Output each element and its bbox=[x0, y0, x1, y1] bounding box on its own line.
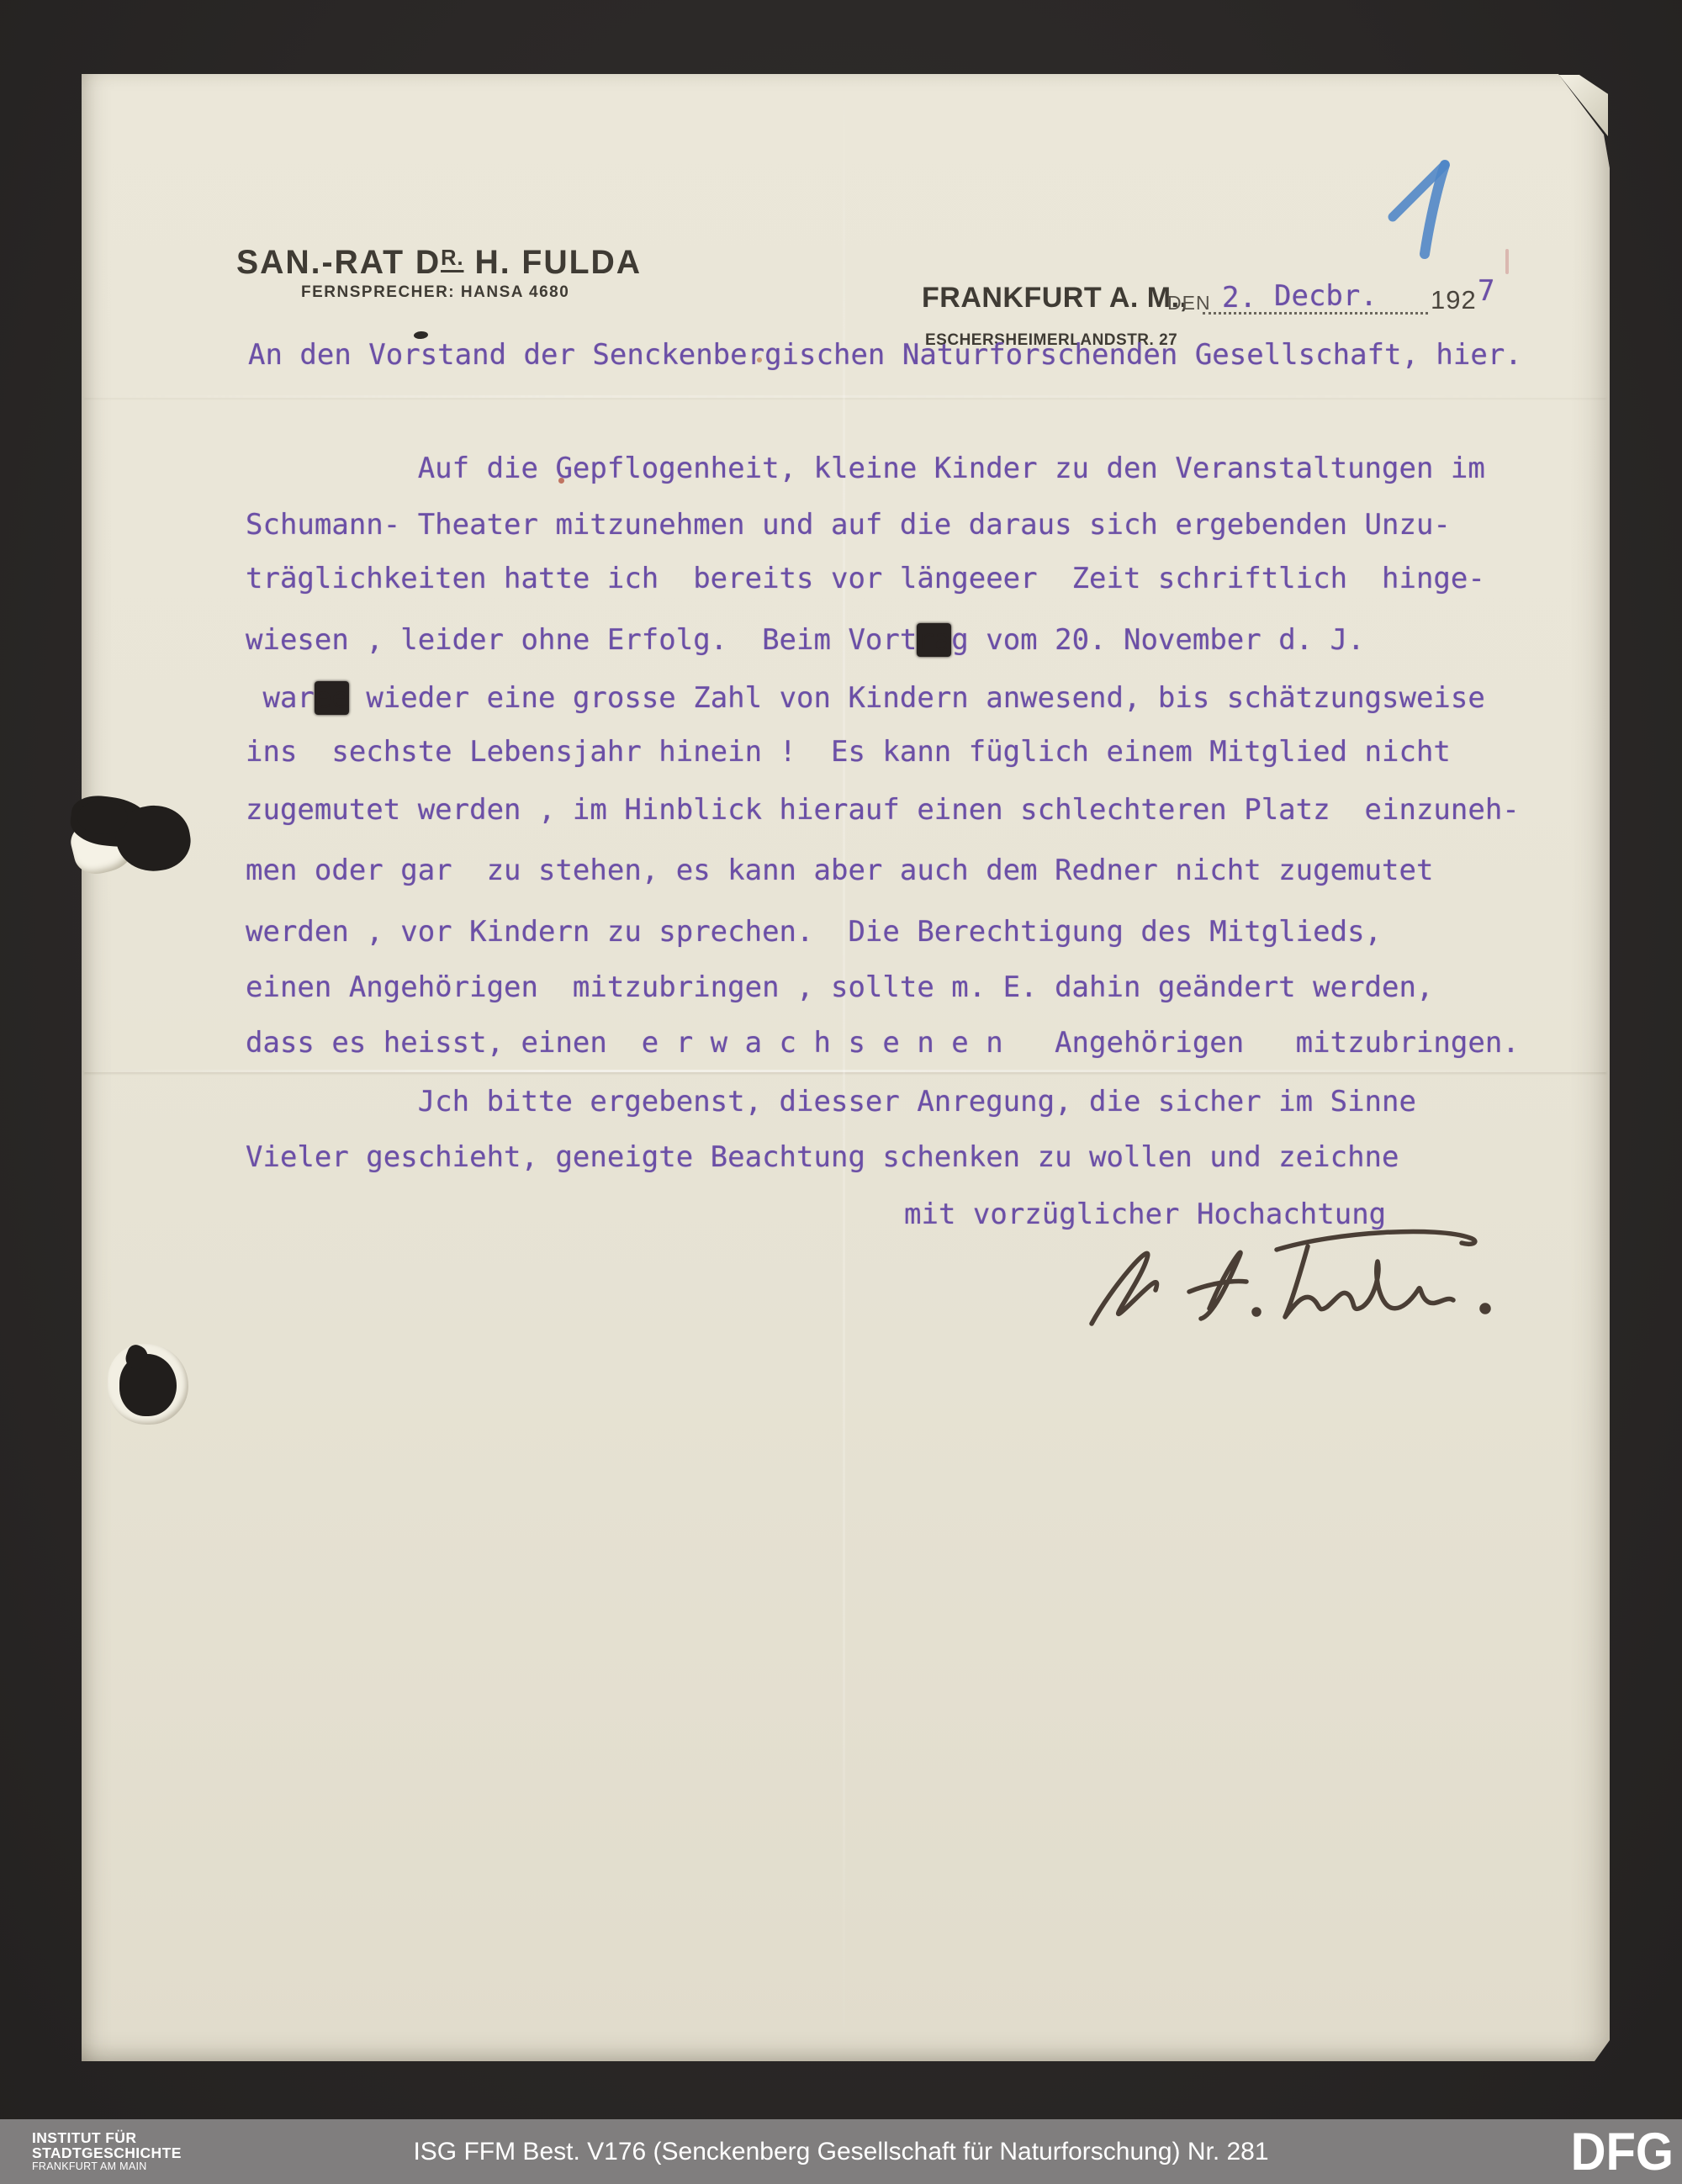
ink-blot: ee bbox=[315, 681, 349, 715]
typed-line: waree wieder eine grosse Zahl von Kinder… bbox=[246, 681, 1485, 715]
signature-handwriting bbox=[1068, 1221, 1522, 1347]
typed-line: men oder gar zu stehen, es kann aber auc… bbox=[246, 854, 1433, 887]
letterhead-name-superscript: R. bbox=[441, 245, 463, 272]
typed-year-digit: 7 bbox=[1478, 274, 1494, 308]
letterhead-name: SAN.-RAT DR. H. FULDA bbox=[236, 244, 642, 282]
typed-line: Vieler geschieht, geneigte Beachtung sch… bbox=[246, 1140, 1399, 1174]
institute-line3: FRANKFURT AM MAIN bbox=[32, 2161, 182, 2172]
letter-document bbox=[82, 74, 1610, 2061]
line-text: g vom 20. November d. J. bbox=[951, 623, 1364, 657]
torn-hole bbox=[77, 801, 128, 834]
line-text: war bbox=[246, 681, 315, 715]
line-text: zugemutet werden , im Hinblick hierauf e… bbox=[246, 793, 1520, 827]
line-text: Schumann- Theater mitzunehmen und auf di… bbox=[246, 508, 1451, 542]
letterhead-phone: FERNSPRECHER: HANSA 4680 bbox=[301, 283, 569, 302]
handwritten-page-number: 1 bbox=[1378, 150, 1478, 267]
archive-caption-bar: INSTITUT FÜR STADTGESCHICHTE FRANKFURT A… bbox=[0, 2119, 1682, 2184]
line-text: träglichkeiten hatte ich bereits vor län… bbox=[246, 562, 1485, 595]
recipient-line: An den Vorstand der Senckenbergischen Na… bbox=[248, 338, 1522, 372]
archive-scan-viewer: 1 SAN.-RAT DR. H. FULDA FERNSPRECHER: HA… bbox=[0, 0, 1682, 2184]
fold-crease bbox=[84, 1070, 1606, 1072]
typed-line: träglichkeiten hatte ich bereits vor län… bbox=[246, 562, 1485, 595]
line-text: Auf die Gepflogenheit, kleine Kinder zu … bbox=[246, 452, 1485, 485]
typed-date-month: Decbr. bbox=[1274, 279, 1378, 313]
fold-crease bbox=[84, 395, 1606, 398]
line-text: einen Angehörigen mitzubringen , sollte … bbox=[246, 970, 1433, 1004]
archive-reference-caption: ISG FFM Best. V176 (Senckenberg Gesellsc… bbox=[413, 2138, 1268, 2166]
typed-date-day: 2. bbox=[1222, 281, 1256, 315]
line-text: Vieler geschieht, geneigte Beachtung sch… bbox=[246, 1140, 1399, 1174]
typed-line: ins sechste Lebensjahr hinein ! Es kann … bbox=[246, 735, 1451, 769]
fold-crease bbox=[843, 77, 845, 2059]
typed-line: Jch bitte ergebenst, diesser Anregung, d… bbox=[246, 1085, 1416, 1118]
letterhead-name-pre: SAN.-RAT D bbox=[236, 244, 441, 281]
date-line-city: FRANKFURT A. M., bbox=[922, 282, 1187, 315]
typed-line: einen Angehörigen mitzubringen , sollte … bbox=[246, 970, 1433, 1004]
line-text: wiesen , leider ohne Erfolg. Beim Vort bbox=[246, 623, 917, 657]
line-text: Jch bitte ergebenst, diesser Anregung, d… bbox=[246, 1085, 1416, 1118]
typed-line: zugemutet werden , im Hinblick hierauf e… bbox=[246, 793, 1520, 827]
letterhead-name-post: H. FULDA bbox=[464, 244, 642, 281]
line-text: werden , vor Kindern zu sprechen. Die Be… bbox=[246, 915, 1382, 949]
line-text: wieder eine grosse Zahl von Kindern anwe… bbox=[349, 681, 1485, 715]
ink-blot: ra bbox=[917, 623, 951, 657]
stain-speck bbox=[1505, 249, 1509, 274]
typed-line: dass es heisst, einen e r w a c h s e n … bbox=[246, 1026, 1520, 1060]
typed-line: Auf die Gepflogenheit, kleine Kinder zu … bbox=[246, 452, 1485, 485]
institute-line2: STADTGESCHICHTE bbox=[32, 2145, 182, 2160]
line-text: men oder gar zu stehen, es kann aber auc… bbox=[246, 854, 1433, 887]
printed-year: 192 bbox=[1431, 285, 1477, 315]
typed-line: Schumann- Theater mitzunehmen und auf di… bbox=[246, 508, 1451, 542]
typed-line: werden , vor Kindern zu sprechen. Die Be… bbox=[246, 915, 1382, 949]
line-text: ins sechste Lebensjahr hinein ! Es kann … bbox=[246, 735, 1451, 769]
line-text: dass es heisst, einen e r w a c h s e n … bbox=[246, 1026, 1520, 1060]
dfg-logo: DFG bbox=[1571, 2121, 1674, 2181]
typed-line: wiesen , leider ohne Erfolg. Beim Vortra… bbox=[246, 623, 1365, 657]
institute-line1: INSTITUT FÜR bbox=[32, 2130, 182, 2145]
institute-logo: INSTITUT FÜR STADTGESCHICHTE FRANKFURT A… bbox=[32, 2130, 182, 2172]
